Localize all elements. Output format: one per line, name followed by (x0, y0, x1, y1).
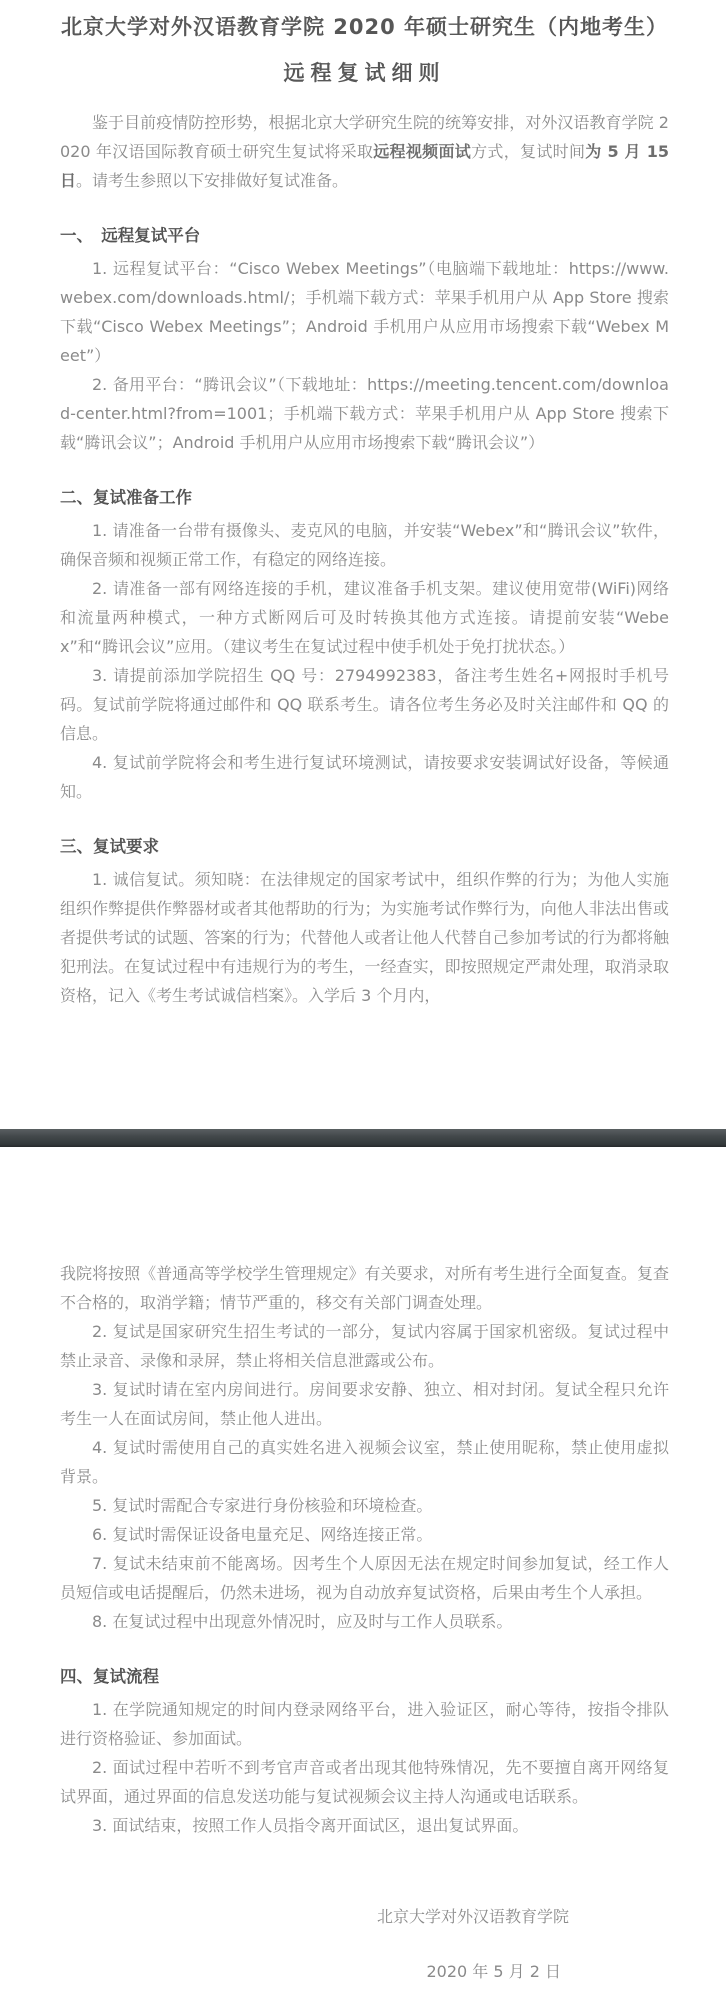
list-item: 8. 在复试过程中出现意外情况时，应及时与工作人员联系。 (60, 1607, 669, 1636)
section-1-heading: 一、 远程复试平台 (60, 221, 669, 250)
list-item: 3. 复试时请在室内房间进行。房间要求安静、独立、相对封闭。复试全程只允许考生一… (60, 1375, 669, 1433)
intro-paragraph: 鉴于目前疫情防控形势，根据北京大学研究生院的统筹安排，对外汉语教育学院 2020… (60, 108, 669, 195)
signature: 北京大学对外汉语教育学院 (60, 1902, 669, 1931)
list-item: 1. 请准备一台带有摄像头、麦克风的电脑，并安装“Webex”和“腾讯会议”软件… (60, 516, 669, 574)
document-page-1: 北京大学对外汉语教育学院 2020 年硕士研究生（内地考生） 远程复试细则 鉴于… (0, 0, 726, 1129)
section-4-heading: 四、复试流程 (60, 1662, 669, 1691)
intro-text: 方式，复试时间 (471, 142, 585, 161)
section-4-items: 1. 在学院通知规定的时间内登录网络平台，进入验证区，耐心等待，按指令排队进行资… (60, 1695, 669, 1840)
list-item: 6. 复试时需保证设备电量充足、网络连接正常。 (60, 1520, 669, 1549)
list-item: 2. 请准备一部有网络连接的手机，建议准备手机支架。建议使用宽带(WiFi)网络… (60, 574, 669, 661)
intro-bold-text: 远程视频面试 (373, 142, 471, 161)
list-item: 3. 请提前添加学院招生 QQ 号：2794992383，备注考生姓名+网报时手… (60, 661, 669, 748)
list-item: 2. 复试是国家研究生招生考试的一部分，复试内容属于国家机密级。复试过程中禁止录… (60, 1317, 669, 1375)
list-item: 7. 复试未结束前不能离场。因考生个人原因无法在规定时间参加复试，经工作人员短信… (60, 1549, 669, 1607)
list-item: 2. 面试过程中若听不到考官声音或者出现其他特殊情况，先不要擅自离开网络复试界面… (60, 1753, 669, 1811)
section-3-heading: 三、复试要求 (60, 832, 669, 861)
list-item: 3. 面试结束，按照工作人员指令离开面试区，退出复试界面。 (60, 1811, 669, 1840)
list-item: 1. 远程复试平台：“Cisco Webex Meetings”（电脑端下载地址… (60, 254, 669, 370)
section-2-items: 1. 请准备一台带有摄像头、麦克风的电脑，并安装“Webex”和“腾讯会议”软件… (60, 516, 669, 806)
section-3-items-rest: 2. 复试是国家研究生招生考试的一部分，复试内容属于国家机密级。复试过程中禁止录… (60, 1317, 669, 1636)
intro-text: 。请考生参照以下安排做好复试准备。 (76, 171, 348, 190)
list-item: 4. 复试时需使用自己的真实姓名进入视频会议室，禁止使用昵称，禁止使用虚拟背景。 (60, 1433, 669, 1491)
document-title-line-2: 远程复试细则 (60, 58, 669, 88)
page-break-bar (0, 1129, 726, 1147)
date: 2020 年 5 月 2 日 (60, 1957, 669, 1986)
section-3-item-1-part-1: 1. 诚信复试。须知晓：在法律规定的国家考试中，组织作弊的行为；为他人实施组织作… (60, 865, 669, 1010)
list-item: 1. 在学院通知规定的时间内登录网络平台，进入验证区，耐心等待，按指令排队进行资… (60, 1695, 669, 1753)
list-item: 4. 复试前学院将会和考生进行复试环境测试，请按要求安装调试好设备，等候通知。 (60, 748, 669, 806)
section-1-items: 1. 远程复试平台：“Cisco Webex Meetings”（电脑端下载地址… (60, 254, 669, 457)
list-item: 5. 复试时需配合专家进行身份核验和环境检查。 (60, 1491, 669, 1520)
list-item: 2. 备用平台：“腾讯会议”（下载地址：https://meeting.tenc… (60, 370, 669, 457)
section-3-item-1-continuation: 我院将按照《普通高等学校学生管理规定》有关要求，对所有考生进行全面复查。复查不合… (60, 1259, 669, 1317)
document-title-line-1: 北京大学对外汉语教育学院 2020 年硕士研究生（内地考生） (60, 12, 669, 42)
section-2-heading: 二、复试准备工作 (60, 483, 669, 512)
document-page-2: 我院将按照《普通高等学校学生管理规定》有关要求，对所有考生进行全面复查。复查不合… (0, 1147, 726, 1989)
